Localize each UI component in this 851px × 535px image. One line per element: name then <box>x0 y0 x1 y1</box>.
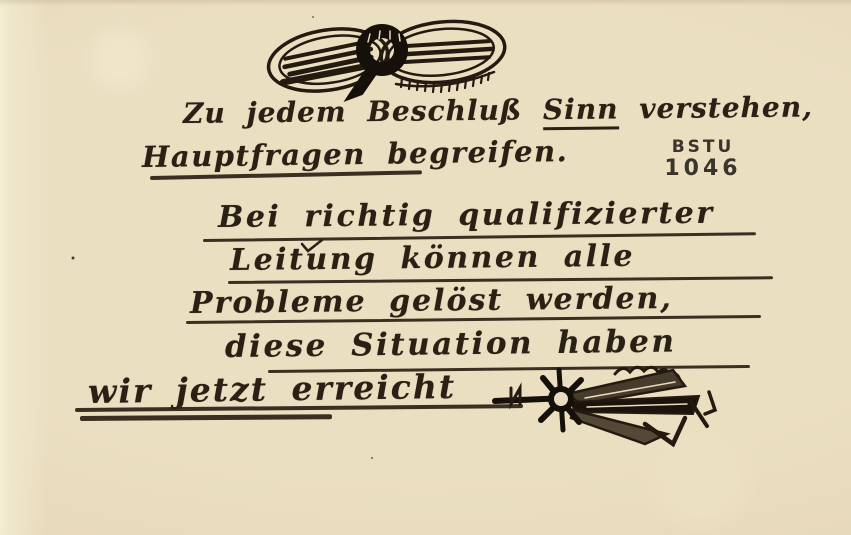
note-line-3: Bei richtig qualifizierter <box>218 196 715 235</box>
bow-ribbon-sketch-icon <box>258 8 516 104</box>
stamp-text: BSTU <box>660 138 746 157</box>
note-line-2: Hauptfragen begreifen. <box>142 134 569 174</box>
scanned-notebook-page: Zu jedem Beschluß Sinn verstehen, Hauptf… <box>0 0 851 535</box>
note-line-1-underlined: Sinn <box>543 92 619 130</box>
page-edge-highlight <box>0 0 48 535</box>
note-line-5: Probleme gelöst werden, <box>190 281 673 321</box>
dart-bundle-sketch-icon <box>495 352 723 452</box>
note-line-1-pre: Zu jedem Beschluß <box>183 93 523 130</box>
page-edge-shadow <box>0 0 851 6</box>
note-line-1: Zu jedem Beschluß Sinn verstehen, <box>183 90 813 130</box>
stamp-number: 1046 <box>660 157 746 181</box>
check-mark-stroke <box>300 238 324 254</box>
underline-stroke <box>80 414 332 421</box>
note-line-4: Leitung können alle <box>230 239 635 278</box>
archive-page-stamp: BSTU 1046 <box>660 138 746 181</box>
note-line-1-post: verstehen, <box>639 90 813 125</box>
